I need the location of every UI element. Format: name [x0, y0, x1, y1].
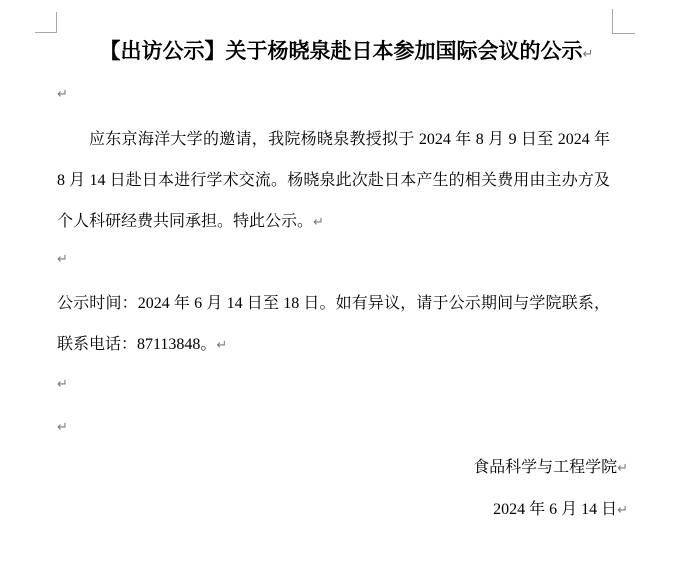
signature-text: 食品科学与工程学院 [473, 459, 617, 476]
body-line: 8 月 14 日赴日本进行学术交流。杨晓泉此次赴日本产生的相关费用由主办方及 [57, 160, 610, 201]
paragraph-mark-icon: ↵ [57, 377, 68, 392]
empty-paragraph: ↵ [57, 420, 77, 434]
paragraph-mark-icon: ↵ [57, 252, 68, 267]
body-line: 应东京海洋大学的邀请，我院杨晓泉教授拟于 2024 年 8 月 9 日至 202… [57, 119, 610, 160]
document-title-text: 【出访公示】关于杨晓泉赴日本参加国际会议的公示 [100, 40, 583, 63]
notice-line-text: 联系电话：87113848。 [57, 336, 216, 353]
body-line: 个人科研经费共同承担。特此公示。↵ [57, 201, 610, 242]
body-line-text: 个人科研经费共同承担。特此公示。 [57, 213, 313, 230]
empty-paragraph: ↵ [57, 252, 77, 266]
date-line: 2024 年 6 月 14 日↵ [0, 489, 628, 530]
document-title: 【出访公示】关于杨晓泉赴日本参加国际会议的公示↵ [0, 38, 693, 66]
body-paragraph: 应东京海洋大学的邀请，我院杨晓泉教授拟于 2024 年 8 月 9 日至 202… [57, 119, 610, 242]
paragraph-mark-icon: ↵ [216, 338, 227, 353]
paragraph-mark-icon: ↵ [617, 503, 628, 518]
margin-corner-topleft-icon [35, 12, 57, 33]
date-text: 2024 年 6 月 14 日 [493, 501, 617, 518]
empty-paragraph: ↵ [57, 87, 77, 101]
notice-paragraph: 公示时间：2024 年 6 月 14 日至 18 日。如有异议，请于公示期间与学… [57, 283, 610, 365]
notice-line: 公示时间：2024 年 6 月 14 日至 18 日。如有异议，请于公示期间与学… [57, 283, 610, 324]
notice-line: 联系电话：87113848。↵ [57, 324, 610, 365]
paragraph-mark-icon: ↵ [583, 47, 594, 62]
paragraph-mark-icon: ↵ [313, 215, 324, 230]
paragraph-mark-icon: ↵ [57, 420, 68, 435]
paragraph-mark-icon: ↵ [617, 461, 628, 476]
signature-line: 食品科学与工程学院↵ [0, 447, 628, 488]
paragraph-mark-icon: ↵ [57, 87, 68, 102]
empty-paragraph: ↵ [57, 377, 77, 391]
margin-corner-topright-icon [612, 9, 635, 34]
document-page: { "colors": { "background": "#ffffff", "… [0, 0, 693, 562]
